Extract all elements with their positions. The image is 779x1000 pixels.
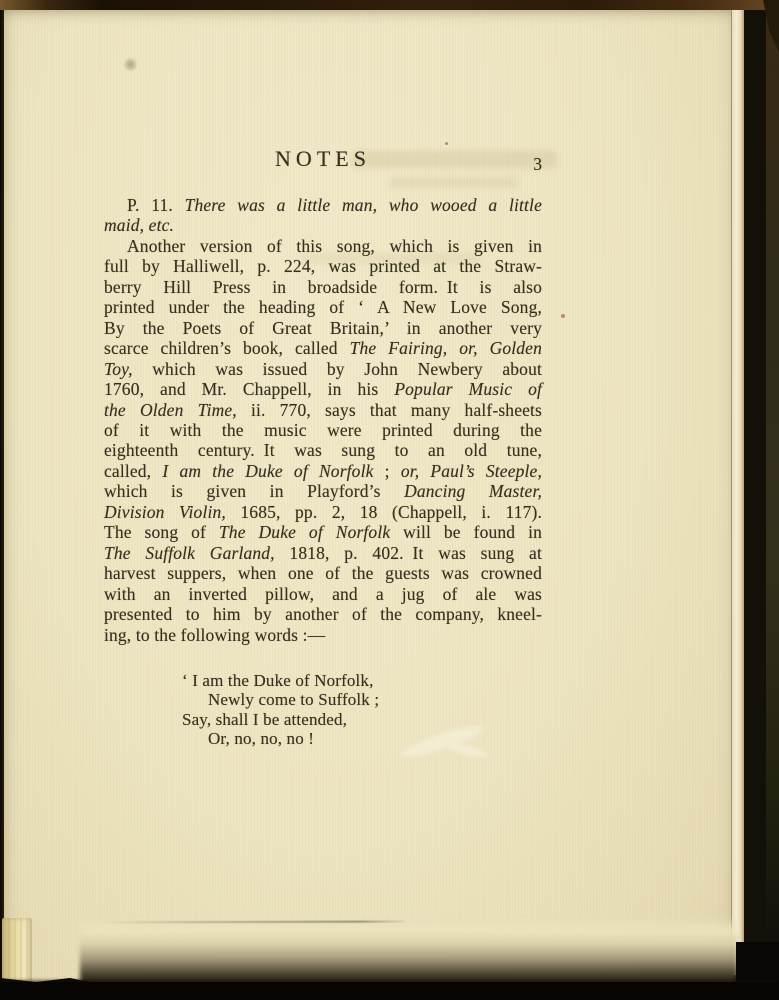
text-line: berry Hill Press in broadside form. It i… xyxy=(104,277,542,297)
text-segment: eighteenth century. It was sung to an ol… xyxy=(104,440,542,460)
verse-block: ‘ I am the Duke of Norfolk,Newly come to… xyxy=(182,671,482,748)
text-segment: scarce children’s book, called xyxy=(104,338,350,358)
text-line: Another version of this song, which is g… xyxy=(104,236,542,256)
note-body-paragraph: Another version of this song, which is g… xyxy=(104,236,542,645)
text-line: The song of The Duke of Norfolk will be … xyxy=(104,522,542,542)
text-segment: The song of xyxy=(104,522,219,542)
scan-left-edge xyxy=(0,0,4,1000)
note-text-block: P. 11. There was a little man, who wooed… xyxy=(104,195,542,645)
text-segment: which is given in Playford’s xyxy=(104,481,404,501)
text-segment: called, xyxy=(104,461,162,481)
italic-segment: The Suffolk Garland, xyxy=(104,543,275,563)
italic-segment: The Fairing, or, Golden xyxy=(350,338,542,358)
text-line: Toy, which was issued by John Newbery ab… xyxy=(104,359,542,379)
italic-segment: The Duke of Norfolk xyxy=(219,522,390,542)
book-cover-edge xyxy=(766,0,779,1000)
text-segment: By the Poets of Great Britain,’ in anoth… xyxy=(104,318,542,338)
italic-segment: There was a little man, who wooed a litt… xyxy=(185,195,542,215)
text-line: of it with the music were printed during… xyxy=(104,420,542,440)
text-line: the Olden Time, ii. 770, says that many … xyxy=(104,400,542,420)
italic-segment: or, Paul’s Steeple, xyxy=(401,461,542,481)
text-line: 1760, and Mr. Chappell, in his Popular M… xyxy=(104,379,542,399)
italic-segment: maid, etc. xyxy=(104,215,174,235)
bottom-blur-smear xyxy=(80,916,738,986)
text-segment: presented to him by another of the compa… xyxy=(104,604,542,624)
text-segment: 1685, pp. 2, 18 (Chappell, i. 117). xyxy=(226,502,542,522)
text-line: ing, to the following words :— xyxy=(104,625,542,645)
text-segment: full by Halliwell, p. 224, was printed a… xyxy=(104,256,542,276)
text-line: presented to him by another of the compa… xyxy=(104,604,542,624)
text-segment: with an inverted pillow, and a jug of al… xyxy=(104,584,542,604)
italic-segment: Popular Music of xyxy=(394,379,542,399)
text-segment: 1818, p. 402. It was sung at xyxy=(275,543,542,563)
text-line: scarce children’s book, called The Fairi… xyxy=(104,338,542,358)
text-segment: of it with the music were printed during… xyxy=(104,420,542,440)
paper-speck xyxy=(445,142,448,145)
text-segment: ; xyxy=(374,461,401,481)
note-reference-heading: P. 11. There was a little man, who wooed… xyxy=(104,195,542,236)
text-line: The Suffolk Garland, 1818, p. 402. It wa… xyxy=(104,543,542,563)
text-line: which is given in Playford’s Dancing Mas… xyxy=(104,481,542,501)
verse-line: Newly come to Suffolk ; xyxy=(208,690,482,709)
text-segment: printed under the heading of ‘ A New Lov… xyxy=(104,297,542,317)
book-scan: NOTES 3 P. 11. There was a little man, w… xyxy=(0,0,779,1000)
text-line: P. 11. There was a little man, who wooed… xyxy=(104,195,542,215)
text-line: maid, etc. xyxy=(104,215,542,235)
torn-paper-edge xyxy=(742,0,767,950)
italic-segment: the Olden Time, xyxy=(104,400,237,420)
italic-segment: Toy, xyxy=(104,359,133,379)
scan-top-edge xyxy=(0,0,779,10)
text-segment: harvest suppers, when one of the guests … xyxy=(104,563,542,583)
text-segment: Another version of this song, which is g… xyxy=(127,236,542,256)
verse-line: Say, shall I be attended, xyxy=(182,710,482,729)
text-segment: 1760, and Mr. Chappell, in his xyxy=(104,379,394,399)
show-through-ghost xyxy=(389,177,519,188)
text-segment: will be found in xyxy=(390,522,542,542)
verse-line: Or, no, no, no ! xyxy=(208,729,482,748)
text-segment: berry Hill Press in broadside form. It i… xyxy=(104,277,542,297)
text-segment: P. 11. xyxy=(127,195,185,215)
italic-segment: Dancing Master, xyxy=(404,481,542,501)
verse-line: ‘ I am the Duke of Norfolk, xyxy=(182,671,482,690)
paper-stain xyxy=(124,58,137,71)
bottom-left-page-edges xyxy=(2,918,32,984)
text-line: called, I am the Duke of Norfolk ; or, P… xyxy=(104,461,542,481)
italic-segment: Division Violin, xyxy=(104,502,226,522)
paper-speck xyxy=(561,314,565,318)
text-line: full by Halliwell, p. 224, was printed a… xyxy=(104,256,542,276)
text-line: By the Poets of Great Britain,’ in anoth… xyxy=(104,318,542,338)
text-segment: which was issued by John Newbery about xyxy=(133,359,542,379)
text-segment: ii. 770, says that many half-sheets xyxy=(237,400,542,420)
text-line: eighteenth century. It was sung to an ol… xyxy=(104,440,542,460)
page-number: 3 xyxy=(104,154,542,174)
text-line: harvest suppers, when one of the guests … xyxy=(104,563,542,583)
italic-segment: I am the Duke of Norfolk xyxy=(162,461,373,481)
text-line: with an inverted pillow, and a jug of al… xyxy=(104,584,542,604)
text-segment: ing, to the following words :— xyxy=(104,625,325,645)
text-line: printed under the heading of ‘ A New Lov… xyxy=(104,297,542,317)
text-line: Division Violin, 1685, pp. 2, 18 (Chappe… xyxy=(104,502,542,522)
scan-bottom-edge xyxy=(0,982,779,1000)
